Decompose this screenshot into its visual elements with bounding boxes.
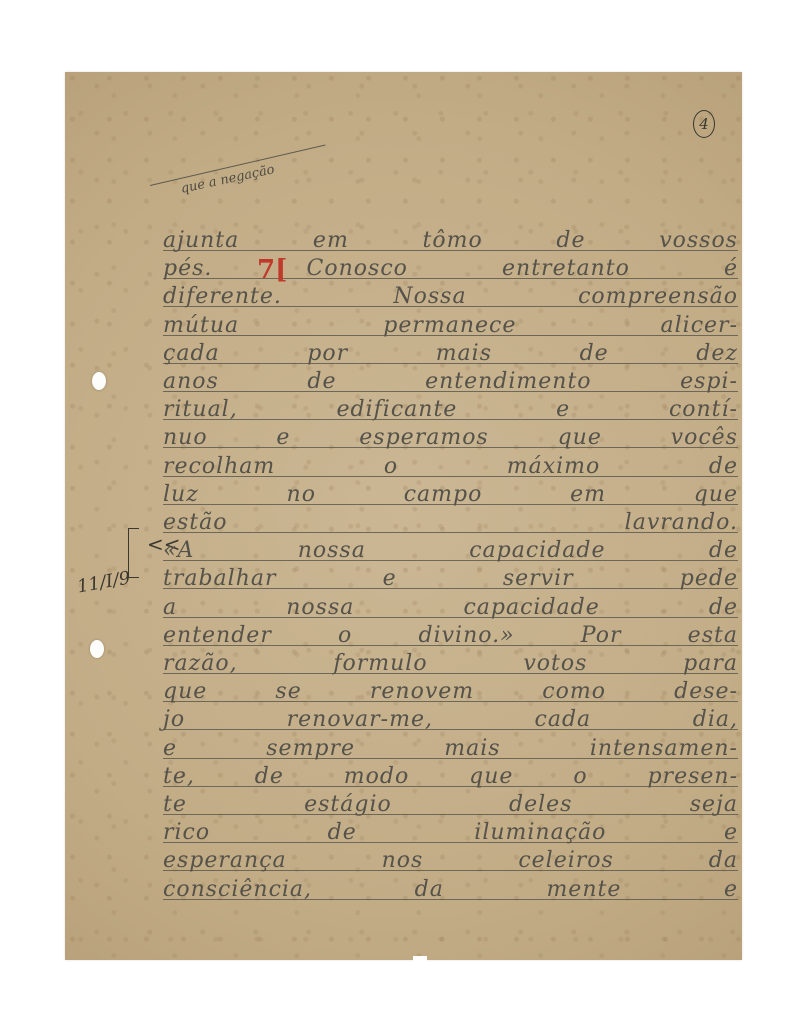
punch-hole-upper — [92, 372, 106, 390]
handwritten-word: pede — [680, 566, 738, 592]
handwritten-word: de — [709, 454, 738, 480]
handwritten-word: te, — [163, 764, 195, 790]
handwritten-line: pés.Conoscoentretantoé — [163, 256, 738, 282]
handwritten-word: contí- — [669, 397, 738, 423]
handwritten-word: esperamos — [359, 425, 488, 451]
handwritten-word: modo — [344, 764, 409, 790]
handwritten-word: edificante — [337, 397, 458, 423]
handwritten-line: diferente.Nossacompreensão — [163, 284, 738, 310]
handwritten-line: «Anossacapacidadede — [163, 538, 738, 564]
handwritten-line: anossacapacidadede — [163, 595, 738, 621]
handwritten-word: alicer- — [661, 313, 738, 339]
handwritten-word: nossa — [298, 538, 366, 564]
paper-tear-notch — [413, 956, 427, 962]
handwritten-word: capacidade — [469, 538, 605, 564]
handwritten-word: e — [724, 820, 738, 846]
handwritten-word: espi- — [680, 369, 738, 395]
handwritten-word: capacidade — [463, 595, 599, 621]
handwritten-word: ritual, — [163, 397, 238, 423]
handwritten-word: o — [573, 764, 587, 790]
handwritten-word: vocês — [671, 425, 738, 451]
handwritten-line: ricodeiluminaçãoe — [163, 820, 738, 846]
handwritten-line: te,demodoqueopresen- — [163, 764, 738, 790]
handwritten-word: como — [542, 679, 606, 705]
handwritten-word: luz — [163, 482, 199, 508]
handwritten-word: que — [558, 425, 602, 451]
handwritten-word: nuo — [163, 425, 208, 451]
handwritten-word: no — [287, 482, 316, 508]
handwritten-word: que — [694, 482, 738, 508]
handwritten-line: mútuapermanecealicer- — [163, 313, 738, 339]
handwritten-word: consciência, — [163, 877, 312, 903]
handwritten-word: por — [307, 341, 348, 367]
handwritten-word: Nossa — [393, 284, 466, 310]
handwritten-line: consciência,damentee — [163, 877, 738, 903]
handwritten-word: mente — [546, 877, 621, 903]
handwritten-line: anosdeentendimentoespi- — [163, 369, 738, 395]
handwritten-word: a — [163, 595, 177, 621]
handwritten-word: de — [255, 764, 284, 790]
handwritten-word: que — [469, 764, 513, 790]
handwritten-word: estão — [163, 510, 228, 536]
handwritten-word: entender — [163, 623, 272, 649]
handwritten-word: Por — [581, 623, 622, 649]
handwritten-word: de — [709, 538, 738, 564]
handwritten-word: em — [570, 482, 606, 508]
handwritten-line: jorenovar-me,cadadia, — [163, 707, 738, 733]
handwritten-word: formulo — [333, 651, 427, 677]
handwritten-word: campo — [404, 482, 483, 508]
handwritten-word: máximo — [507, 454, 601, 480]
handwritten-line: ajuntaemtômodevossos — [163, 228, 738, 254]
handwritten-word: razão, — [163, 651, 238, 677]
handwritten-word: nos — [382, 848, 424, 874]
handwritten-line: teestágiodelesseja — [163, 792, 738, 818]
handwritten-word: nossa — [286, 595, 354, 621]
handwritten-word: dese- — [674, 679, 738, 705]
handwritten-line: çadapormaisdedez — [163, 341, 738, 367]
handwritten-word: entretanto — [502, 256, 630, 282]
handwritten-word: de — [307, 369, 336, 395]
handwritten-word: esta — [688, 623, 738, 649]
handwritten-word: e — [556, 397, 570, 423]
handwritten-line: estãolavrando. — [163, 510, 738, 536]
handwritten-word: renovar-me, — [287, 707, 433, 733]
handwritten-word: seja — [690, 792, 738, 818]
margin-date: 11/I/9 — [76, 568, 132, 598]
margin-bracket — [128, 528, 139, 578]
handwritten-word: de — [709, 595, 738, 621]
handwritten-word: mais — [444, 736, 500, 762]
handwritten-word: sempre — [266, 736, 355, 762]
handwritten-word: votos — [523, 651, 587, 677]
handwritten-word: presen- — [647, 764, 738, 790]
handwritten-word: e — [724, 877, 738, 903]
handwritten-word: da — [415, 877, 444, 903]
handwritten-word: que — [163, 679, 207, 705]
handwritten-word: o — [338, 623, 352, 649]
handwritten-word: servir — [503, 566, 574, 592]
handwritten-word: deles — [509, 792, 572, 818]
handwritten-word: para — [683, 651, 738, 677]
handwritten-word: rico — [163, 820, 210, 846]
handwritten-line: ritual,edificanteecontí- — [163, 397, 738, 423]
handwritten-word: e — [163, 736, 177, 762]
handwritten-word: e — [276, 425, 290, 451]
handwritten-word: tômo — [423, 228, 483, 254]
handwritten-word: permanece — [383, 313, 516, 339]
handwritten-line: esperançanosceleirosda — [163, 848, 738, 874]
punch-hole-lower — [90, 640, 104, 658]
handwritten-word: mais — [436, 341, 492, 367]
handwritten-word: intensamen- — [590, 736, 738, 762]
handwritten-word: lavrando. — [625, 510, 738, 536]
handwritten-word: jo — [163, 707, 185, 733]
handwritten-word: da — [709, 848, 738, 874]
handwritten-word: dia, — [693, 707, 738, 733]
handwritten-word: compreensão — [578, 284, 738, 310]
handwritten-line: trabalhareservirpede — [163, 566, 738, 592]
handwritten-word: se — [275, 679, 301, 705]
handwritten-line: queserenovemcomodese- — [163, 679, 738, 705]
handwritten-word: trabalhar — [163, 566, 277, 592]
handwritten-word: «A — [163, 538, 194, 564]
handwritten-word: entendimento — [425, 369, 591, 395]
handwritten-word: cada — [535, 707, 592, 733]
handwritten-word: ajunta — [163, 228, 239, 254]
handwritten-word: çada — [163, 341, 220, 367]
handwritten-word: estágio — [304, 792, 392, 818]
page-number: 4 — [693, 110, 715, 138]
handwritten-word: em — [313, 228, 349, 254]
handwritten-word: divino.» — [419, 623, 515, 649]
handwritten-word: anos — [163, 369, 219, 395]
handwritten-word: dez — [696, 341, 738, 367]
handwritten-line: esempremaisintensamen- — [163, 736, 738, 762]
handwritten-word: mútua — [163, 313, 239, 339]
handwritten-line: luznocampoemque — [163, 482, 738, 508]
handwritten-word: Conosco — [307, 256, 408, 282]
handwritten-word: renovem — [370, 679, 474, 705]
handwritten-word: celeiros — [518, 848, 613, 874]
handwritten-word: esperança — [163, 848, 287, 874]
handwritten-word: de — [580, 341, 609, 367]
handwritten-line: nuoeesperamosquevocês — [163, 425, 738, 451]
handwritten-word: e — [383, 566, 397, 592]
handwritten-word: pés. — [163, 256, 212, 282]
handwritten-word: diferente. — [163, 284, 282, 310]
handwritten-word: te — [163, 792, 187, 818]
handwritten-line: razão,formulovotospara — [163, 651, 738, 677]
handwritten-word: é — [724, 256, 738, 282]
handwritten-word: iluminação — [474, 820, 606, 846]
manuscript-page: 4 que a negação << 11/I/9 ajuntaemtômode… — [65, 72, 742, 960]
handwritten-line: entenderodivino.»Poresta — [163, 623, 738, 649]
handwritten-word: o — [384, 454, 398, 480]
handwritten-word: recolham — [163, 454, 275, 480]
handwritten-word: de — [556, 228, 585, 254]
handwritten-word: vossos — [659, 228, 738, 254]
red-insertion-mark: 7[ — [257, 255, 287, 285]
handwritten-word: de — [328, 820, 357, 846]
handwritten-line: recolhamomáximode — [163, 454, 738, 480]
